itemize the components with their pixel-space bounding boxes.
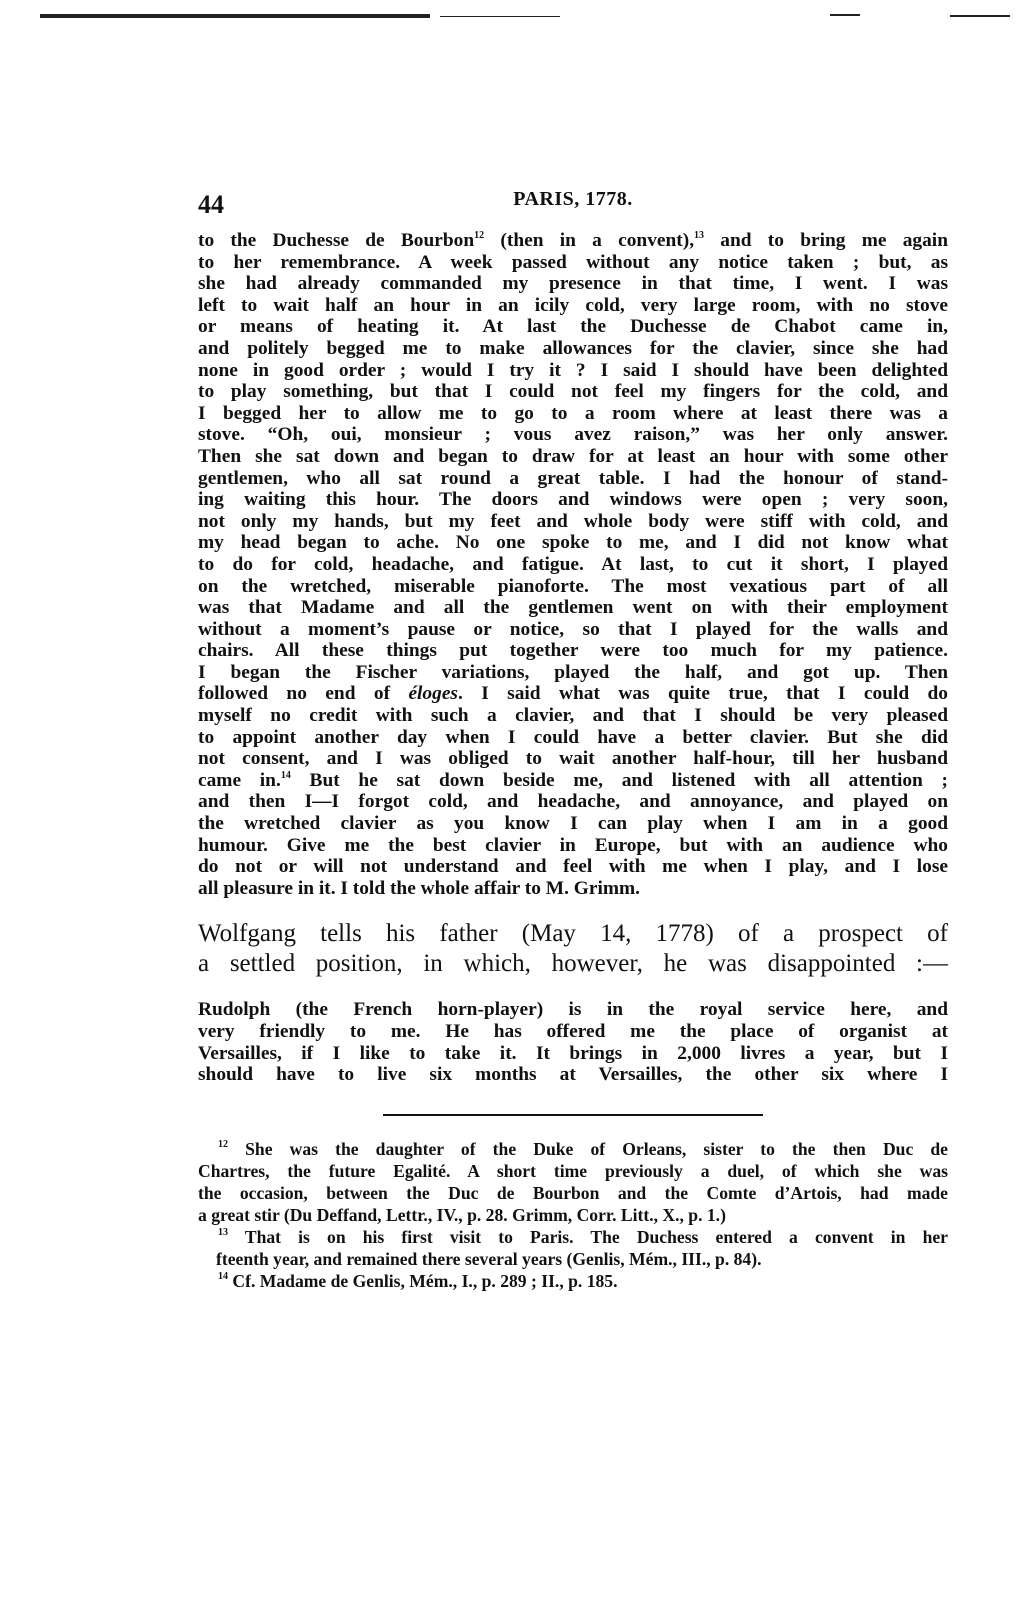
- text-line: I began the Fischer variations, played t…: [198, 662, 948, 684]
- text-line: should have to live six months at Versai…: [198, 1064, 948, 1086]
- text-line: ing waiting this hour. The doors and win…: [198, 489, 948, 511]
- text-line: or means of heating it. At last the Duch…: [198, 316, 948, 338]
- footnote-divider: [383, 1114, 763, 1116]
- text-line: to play something, but that I could not …: [198, 381, 948, 403]
- text-fragment: followed no end of: [198, 683, 390, 704]
- text-line: left to wait half an hour in an icily co…: [198, 295, 948, 317]
- footnote-marker: 12: [218, 1139, 228, 1150]
- scan-artifact-top-edge: [0, 0, 1034, 30]
- text-line: my head began to ache. No one spoke to m…: [198, 532, 948, 554]
- text-line: to appoint another day when I could have…: [198, 727, 948, 749]
- text-line: none in good order ; would I try it ? I …: [198, 360, 948, 382]
- scan-artifact-bar: [950, 15, 1010, 17]
- text-line: gentlemen, who all sat round a great tab…: [198, 468, 948, 490]
- text-line: do not or will not understand and feel w…: [198, 856, 948, 878]
- text-line: not only my hands, but my feet and whole…: [198, 511, 948, 533]
- intro-line: Wolfgang tells his father (May 14, 1778)…: [198, 919, 948, 949]
- text-line: the wretched clavier as you know I can p…: [198, 813, 948, 835]
- text-line: and politely begged me to make allowance…: [198, 338, 948, 360]
- text-fragment: That is on his first visit to Paris. The…: [245, 1227, 948, 1247]
- text-line: she had already commanded my presence in…: [198, 273, 948, 295]
- footnote-13: 13 That is on his first visit to Paris. …: [198, 1226, 948, 1270]
- page-header: 44 PARIS, 1778.: [198, 182, 948, 218]
- letter-body: Rudolph (the French horn-player) is in t…: [198, 999, 948, 1085]
- text-line: Versailles, if I like to take it. It bri…: [198, 1043, 948, 1065]
- text-line: to her remembrance. A week passed withou…: [198, 252, 948, 274]
- text-line: to do for cold, headache, and fatigue. A…: [198, 554, 948, 576]
- editorial-intro: Wolfgang tells his father (May 14, 1778)…: [198, 919, 948, 979]
- letter-continuation: to the Duchesse de Bourbon12 (then in a …: [198, 230, 948, 899]
- text-line: came in.14 But he sat down beside me, an…: [198, 770, 948, 792]
- footnote-marker: 14: [218, 1271, 228, 1282]
- footnote-line: 14 Cf. Madame de Genlis, Mém., I., p. 28…: [198, 1270, 948, 1292]
- text-line: on the wretched, miserable pianoforte. T…: [198, 576, 948, 598]
- footnote-ref-14[interactable]: 14: [281, 770, 291, 781]
- footnote-ref-13[interactable]: 13: [694, 230, 704, 241]
- text-line: chairs. All these things put together we…: [198, 640, 948, 662]
- text-line: not consent, and I was obliged to wait a…: [198, 748, 948, 770]
- text-line: myself no credit with such a clavier, an…: [198, 705, 948, 727]
- footnote-12: 12 She was the daughter of the Duke of O…: [198, 1138, 948, 1226]
- running-title-text: PARIS, 1778.: [513, 188, 633, 210]
- footnotes: 12 She was the daughter of the Duke of O…: [198, 1138, 948, 1292]
- italic-term: éloges: [408, 683, 458, 704]
- footnote-14: 14 Cf. Madame de Genlis, Mém., I., p. 28…: [198, 1270, 948, 1292]
- footnote-ref-12[interactable]: 12: [474, 230, 484, 241]
- text-line: without a moment’s pause or notice, so t…: [198, 619, 948, 641]
- text-fragment: But he sat down beside me, and listened …: [291, 770, 948, 791]
- text-fragment: came in.: [198, 770, 281, 791]
- text-line: I begged her to allow me to go to a room…: [198, 403, 948, 425]
- text-line: humour. Give me the best clavier in Euro…: [198, 835, 948, 857]
- text-line: to the Duchesse de Bourbon12 (then in a …: [198, 230, 948, 252]
- text-fragment: and to bring me again: [704, 230, 948, 251]
- running-title: PARIS, 1778.: [198, 188, 948, 211]
- scan-artifact-bar: [830, 14, 860, 16]
- text-line: was that Madame and all the gentlemen we…: [198, 597, 948, 619]
- scan-artifact-bar: [440, 16, 560, 17]
- footnote-line: fteenth year, and remained there several…: [198, 1248, 948, 1270]
- text-line: followed no end of éloges. I said what w…: [198, 683, 948, 705]
- text-fragment: She was the daughter of the Duke of Orle…: [245, 1139, 948, 1159]
- footnote-line: a great stir (Du Deffand, Lettr., IV., p…: [198, 1204, 948, 1226]
- text-fragment: to the Duchesse de Bourbon: [198, 230, 474, 251]
- scan-artifact-bar: [40, 14, 430, 18]
- text-fragment: . I said what was quite true, that I cou…: [458, 683, 948, 704]
- text-fragment: Cf. Madame de Genlis, Mém., I., p. 289 ;…: [232, 1271, 617, 1291]
- text-fragment: (then in a convent),: [484, 230, 694, 251]
- text-line: very friendly to me. He has offered me t…: [198, 1021, 948, 1043]
- text-line: all pleasure in it. I told the whole aff…: [198, 878, 948, 900]
- intro-line: a settled position, in which, however, h…: [198, 949, 948, 979]
- text-line: Rudolph (the French horn-player) is in t…: [198, 999, 948, 1021]
- footnote-line: the occasion, between the Duc de Bourbon…: [198, 1182, 948, 1204]
- footnote-marker: 13: [218, 1227, 228, 1238]
- text-line: stove. “Oh, oui, monsieur ; vous avez ra…: [198, 424, 948, 446]
- footnote-line: 12 She was the daughter of the Duke of O…: [198, 1138, 948, 1160]
- footnote-line: Chartres, the future Egalité. A short ti…: [198, 1160, 948, 1182]
- book-page: 44 PARIS, 1778. to the Duchesse de Bourb…: [198, 182, 948, 1292]
- text-line: Then she sat down and began to draw for …: [198, 446, 948, 468]
- text-line: and then I—I forgot cold, and headache, …: [198, 791, 948, 813]
- footnote-line: 13 That is on his first visit to Paris. …: [198, 1226, 948, 1248]
